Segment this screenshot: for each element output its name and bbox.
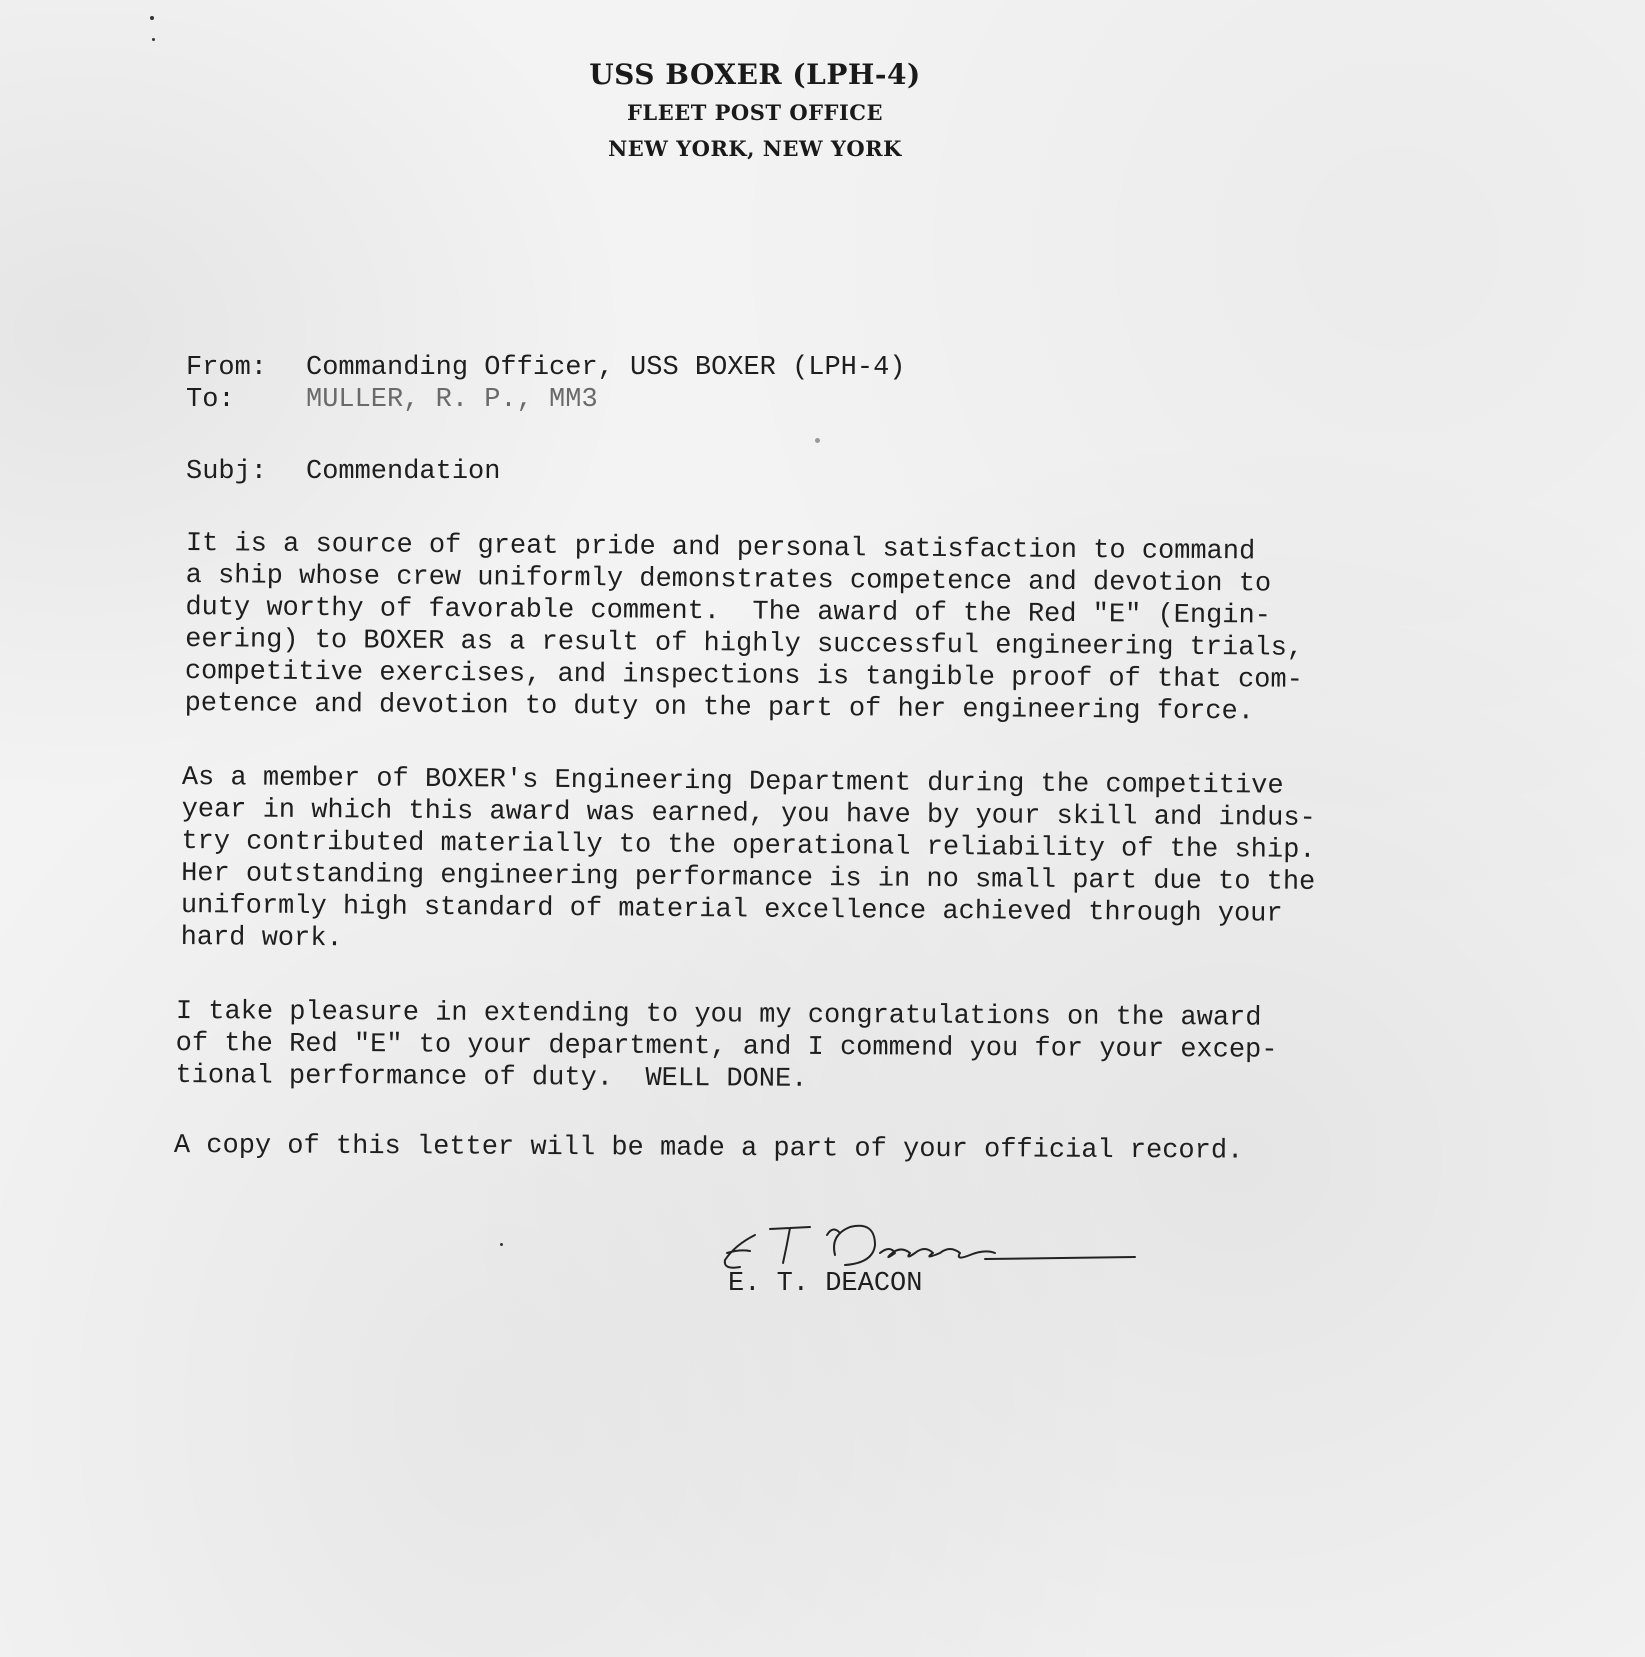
body-paragraph-4: A copy of this letter will be made a par…: [174, 1130, 1244, 1168]
from-label: From:: [186, 352, 306, 384]
subject-row: Subj: Commendation: [186, 456, 500, 488]
from-value: Commanding Officer, USS BOXER (LPH-4): [306, 352, 906, 384]
signer-name: E. T. DEACON: [728, 1268, 922, 1300]
letterhead-city: NEW YORK, NEW YORK: [0, 131, 1510, 167]
body-paragraph-3: I take pleasure in extending to you my c…: [175, 996, 1277, 1099]
letterhead-post-office: FLEET POST OFFICE: [0, 95, 1510, 131]
body-paragraph-2: As a member of BOXER's Engineering Depar…: [180, 762, 1316, 963]
to-row: To: MULLER, R. P., MM3: [186, 384, 906, 416]
from-row: From: Commanding Officer, USS BOXER (LPH…: [186, 352, 906, 384]
to-label: To:: [186, 384, 306, 416]
letterhead: USS BOXER (LPH-4) FLEET POST OFFICE NEW …: [0, 55, 1510, 167]
to-value: MULLER, R. P., MM3: [306, 384, 598, 416]
memo-header: From: Commanding Officer, USS BOXER (LPH…: [186, 352, 906, 416]
letter-page: USS BOXER (LPH-4) FLEET POST OFFICE NEW …: [0, 0, 1645, 1657]
letterhead-ship-name: USS BOXER (LPH-4): [0, 55, 1510, 95]
subject-label: Subj:: [186, 456, 306, 488]
body-paragraph-1: It is a source of great pride and person…: [184, 528, 1303, 729]
subject-value: Commendation: [306, 456, 500, 488]
